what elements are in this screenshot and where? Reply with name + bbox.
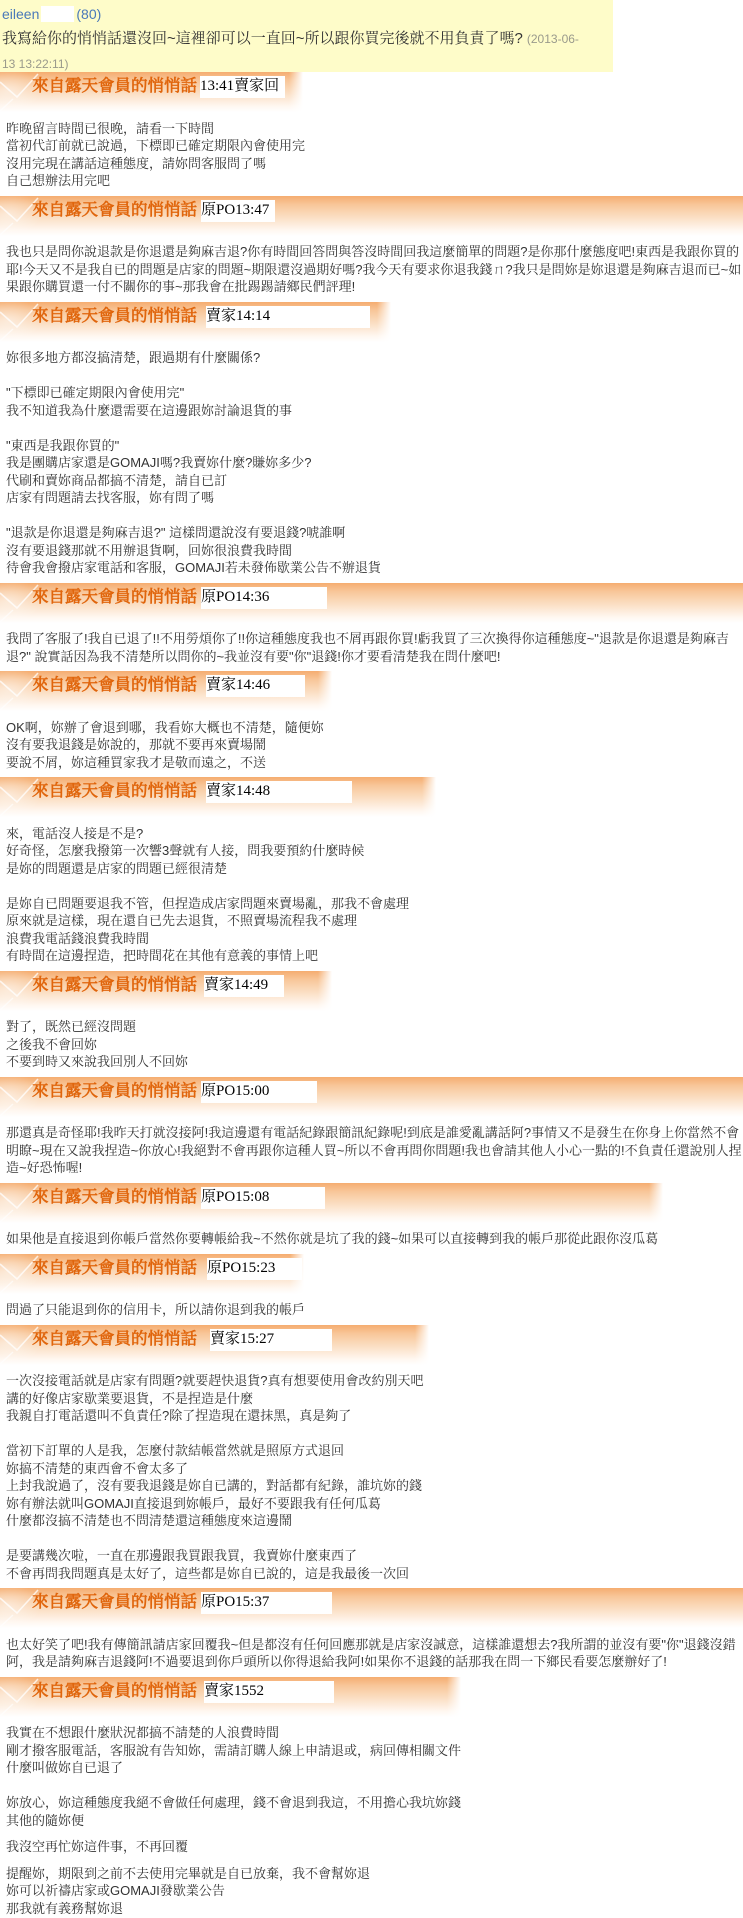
message-line: 來，電話沒人接是不是? <box>6 825 743 843</box>
whisper-banner: 來自露天會員的悄悄話 賣家14:14 <box>0 302 391 342</box>
paragraph-gap <box>6 1777 743 1795</box>
buyer-comment: eileen(80) 我寫給你的悄悄話還沒回~這裡卻可以一直回~所以跟你買完後就… <box>0 0 613 72</box>
message-line: 妳很多地方都沒搞清楚，跟過期有什麼關係? <box>6 349 743 367</box>
message-line: "下標即已確定期限內會使用完" <box>6 384 743 402</box>
banner-title: 來自露天會員的悄悄話 <box>32 975 197 995</box>
message-block: 來自露天會員的悄悄話 賣家15:27 一次沒接電話就是店家有問題?就要趕快退貨?… <box>0 1325 743 1583</box>
message-line: 耶!今天又不是我自已的問題是店家的問題~期限還沒過期好嗎?我今天有要求你退我錢ㄇ… <box>6 261 743 279</box>
message-line: 阿，我是請夠麻吉退錢阿!不過要退到你戶頭所以你得退給我阿!如果你不退錢的話那我在… <box>6 1653 743 1671</box>
message-line: 沒有要我退錢是妳說的，那就不要再來賣場鬧 <box>6 736 743 754</box>
message-block: 來自露天會員的悄悄話 13:41賣家回 昨晚留言時間已很晚，請看一下時間 當初代… <box>0 72 743 190</box>
reply-label: 原PO14:36 <box>201 587 327 609</box>
message-body: 妳很多地方都沒搞清楚，跟過期有什麼關係? "下標即已確定期限內會使用完" 我不知… <box>0 349 743 577</box>
whisper-banner: 來自露天會員的悄悄話 賣家14:49 <box>0 971 332 1011</box>
message-line: 那我就有義務幫妳退 <box>6 1900 743 1918</box>
banner-title: 來自露天會員的悄悄話 <box>32 306 197 326</box>
message-line: 我問了客服了!我自已退了!!不用勞煩你了!!你這種態度我也不屑再跟你買!虧我買了… <box>6 630 743 648</box>
message-body: 我實在不想跟什麼狀況都搞不請楚的人浪費時間 剛才撥客服電話，客服說有告知妳，需請… <box>0 1724 743 1917</box>
message-line: 待會我會撥店家電話和客服，GOMAJI若未發佈歇業公告不辦退貨 <box>6 559 743 577</box>
message-line: 我親自打電話還叫不負責任?除了捏造現在還抹黑，真是夠了 <box>6 1407 743 1425</box>
message-block: 來自露天會員的悄悄話 原PO15:08 如果他是直接退到你帳戶當然你要轉帳給我~… <box>0 1183 743 1248</box>
banner-title: 來自露天會員的悄悄話 <box>32 1592 197 1612</box>
message-line: OK啊，妳辦了會退到哪，我看妳大概也不清楚，隨便妳 <box>6 719 743 737</box>
message-line: 退?" 說實話因為我不清楚所以問你的~我並沒有要"你"退錢!你才要看清楚我在問什… <box>6 648 743 666</box>
message-line: 自己想辦法用完吧 <box>6 172 743 190</box>
message-line: 當初代訂前就已說過，下標即已確定期限內會使用完 <box>6 137 743 155</box>
banner-title: 來自露天會員的悄悄話 <box>32 1681 197 1701</box>
message-line: 之後我不會回妳 <box>6 1036 743 1054</box>
whisper-banner: 來自露天會員的悄悄話 13:41賣家回 <box>0 72 303 112</box>
message-line: 店家有問題請去找客服，妳有問了嗎 <box>6 489 743 507</box>
paragraph-gap <box>6 507 743 525</box>
username-link[interactable]: eileen <box>2 6 39 22</box>
message-line: 沒用完現在講話這種態度，請妳問客服問了嗎 <box>6 155 743 173</box>
reply-label: 賣家14:14 <box>206 306 370 328</box>
reply-label: 賣家14:48 <box>206 781 352 803</box>
paragraph-gap <box>6 1425 743 1443</box>
message-line: 妳可以祈禱店家或GOMAJI發歇業公告 <box>6 1882 743 1900</box>
message-body: 我問了客服了!我自已退了!!不用勞煩你了!!你這種態度我也不屑再跟你買!虧我買了… <box>0 630 743 665</box>
reply-label: 賣家15:27 <box>210 1329 332 1351</box>
banner-title: 來自露天會員的悄悄話 <box>32 200 197 220</box>
whisper-banner: 來自露天會員的悄悄話 原PO15:08 <box>0 1183 663 1223</box>
comment-text-row: 我寫給你的悄悄話還沒回~這裡卻可以一直回~所以跟你買完後就不用負責了嗎?(201… <box>0 26 613 51</box>
message-block: 來自露天會員的悄悄話 賣家1552 我實在不想跟什麼狀況都搞不請楚的人浪費時間 … <box>0 1677 743 1918</box>
message-block: 來自露天會員的悄悄話 賣家14:46 OK啊，妳辦了會退到哪，我看妳大概也不清楚… <box>0 671 743 771</box>
comment-author-row: eileen(80) <box>0 0 613 26</box>
message-block: 來自露天會員的悄悄話 原PO15:37 也太好笑了吧!我有傳簡訊請店家回覆我~但… <box>0 1588 743 1671</box>
message-line: 妳有辦法就叫GOMAJI直接退到妳帳戶，最好不要跟我有任何瓜葛 <box>6 1495 743 1513</box>
banner-title: 來自露天會員的悄悄話 <box>32 587 197 607</box>
whisper-banner: 來自露天會員的悄悄話 原PO13:47 <box>0 196 743 236</box>
message-body: 問過了只能退到你的信用卡，所以請你退到我的帳戶 <box>0 1301 743 1319</box>
banner-title: 來自露天會員的悄悄話 <box>32 76 197 96</box>
message-block: 來自露天會員的悄悄話 賣家14:49 對了，既然已經沒問題 之後我不會回妳 不要… <box>0 971 743 1071</box>
message-body: 我也只是問你說退款是你退還是夠麻吉退?你有時間回答問與答沒時間回我這麼簡單的問題… <box>0 243 743 296</box>
message-line: 造~好恐怖喔! <box>6 1159 743 1177</box>
message-body: 一次沒接電話就是店家有問題?就要趕快退貨?真有想要使用會改約別天吧 講的好像店家… <box>0 1372 743 1582</box>
paragraph-gap <box>6 1856 743 1865</box>
whisper-banner: 來自露天會員的悄悄話 原PO15:37 <box>0 1588 743 1628</box>
message-line: 我是團購店家還是GOMAJI嗎?我賣妳什麼?賺妳多少? <box>6 454 743 472</box>
comment-timestamp-continued: 13 13:22:11) <box>2 57 69 71</box>
message-line: 沒有要退錢那就不用辦退貨啊，回妳很浪費我時間 <box>6 542 743 560</box>
whisper-banner: 來自露天會員的悄悄話 賣家15:27 <box>0 1325 429 1365</box>
message-body: 對了，既然已經沒問題 之後我不會回妳 不要到時又來說我回別人不回妳 <box>0 1018 743 1071</box>
rating-link[interactable]: (80) <box>76 6 101 22</box>
redacted-box <box>41 6 74 22</box>
message-line: 是妳的問題還是店家的問題已經很清楚 <box>6 860 743 878</box>
message-line: 提醒妳，期限到之前不去使用完畢就是自已放棄，我不會幫妳退 <box>6 1865 743 1883</box>
message-block: 來自露天會員的悄悄話 原PO13:47 我也只是問你說退款是你退還是夠麻吉退?你… <box>0 196 743 296</box>
message-body: 昨晚留言時間已很晚，請看一下時間 當初代訂前就已說過，下標即已確定期限內會使用完… <box>0 120 743 190</box>
message-line: 其他的隨妳便 <box>6 1812 743 1830</box>
message-line: 剛才撥客服電話，客服說有告知妳，需請訂購人線上申請退或，病回傳相關文件 <box>6 1742 743 1760</box>
reply-label: 賣家14:46 <box>206 675 305 697</box>
message-line: 上封我說過了，沒有要我退錢是妳自已講的，對話都有紀錄，誰坑妳的錢 <box>6 1477 743 1495</box>
banner-title: 來自露天會員的悄悄話 <box>32 1329 197 1349</box>
reply-label: 13:41賣家回 <box>200 76 285 98</box>
message-body: 那還真是奇怪耶!我昨天打就沒接阿!我這邊還有電話紀錄跟簡訊紀錄呢!到底是誰愛亂講… <box>0 1124 743 1177</box>
message-body: 也太好笑了吧!我有傳簡訊請店家回覆我~但是都沒有任何回應那就是店家沒誠意，這樣誰… <box>0 1636 743 1671</box>
message-body: OK啊，妳辦了會退到哪，我看妳大概也不清楚，隨便妳 沒有要我退錢是妳說的，那就不… <box>0 719 743 772</box>
message-line: 我不知道我為什麼還需要在這邊跟妳討論退貨的事 <box>6 402 743 420</box>
message-block: 來自露天會員的悄悄話 原PO15:23 問過了只能退到你的信用卡，所以請你退到我… <box>0 1254 743 1319</box>
message-line: 我沒空再忙妳這件事，不再回覆 <box>6 1838 743 1856</box>
message-body: 如果他是直接退到你帳戶當然你要轉帳給我~不然你就是坑了我的錢~如果可以直接轉到我… <box>0 1230 743 1248</box>
message-line: 有時間在這邊捏造，把時間花在其他有意義的事情上吧 <box>6 947 743 965</box>
reply-label: 原PO15:37 <box>201 1592 332 1614</box>
paragraph-gap <box>6 1530 743 1548</box>
message-block: 來自露天會員的悄悄話 賣家14:48 來，電話沒人接是不是? 好奇怪，怎麼我撥第… <box>0 777 743 965</box>
message-line: 代刷和賣妳商品都搞不清楚，請自已訂 <box>6 472 743 490</box>
message-block: 來自露天會員的悄悄話 原PO15:00 那還真是奇怪耶!我昨天打就沒接阿!我這邊… <box>0 1077 743 1177</box>
whisper-conversation-page: eileen(80) 我寫給你的悄悄話還沒回~這裡卻可以一直回~所以跟你買完後就… <box>0 0 743 1918</box>
message-line: 不會再問我問題真是太好了，這些都是妳自已說的，這是我最後一次回 <box>6 1565 743 1583</box>
message-line: 什麼叫做妳自已退了 <box>6 1759 743 1777</box>
message-line: 我也只是問你說退款是你退還是夠麻吉退?你有時間回答問與答沒時間回我這麼簡單的問題… <box>6 243 743 261</box>
comment-timestamp: (2013-06- <box>527 32 579 46</box>
message-line: 昨晚留言時間已很晚，請看一下時間 <box>6 120 743 138</box>
message-line: 一次沒接電話就是店家有問題?就要趕快退貨?真有想要使用會改約別天吧 <box>6 1372 743 1390</box>
whisper-banner: 來自露天會員的悄悄話 原PO14:36 <box>0 583 743 623</box>
reply-label: 原PO15:23 <box>207 1258 302 1280</box>
whisper-banner: 來自露天會員的悄悄話 賣家1552 <box>0 1677 461 1717</box>
message-line: 我實在不想跟什麼狀況都搞不請楚的人浪費時間 <box>6 1724 743 1742</box>
message-block: 來自露天會員的悄悄話 原PO14:36 我問了客服了!我自已退了!!不用勞煩你了… <box>0 583 743 666</box>
whisper-banner: 來自露天會員的悄悄話 賣家14:48 <box>0 777 436 817</box>
reply-label: 賣家1552 <box>204 1681 334 1703</box>
message-line: 要說不屑，妳這種買家我才是敬而遠之，不送 <box>6 754 743 772</box>
banner-title: 來自露天會員的悄悄話 <box>32 1187 197 1207</box>
message-line: 妳放心，妳這種態度我絕不會做任何處理，錢不會退到我這，不用擔心我坑妳錢 <box>6 1794 743 1812</box>
whisper-banner: 來自露天會員的悄悄話 原PO15:23 <box>0 1254 304 1294</box>
banner-title: 來自露天會員的悄悄話 <box>32 781 197 801</box>
message-body: 來，電話沒人接是不是? 好奇怪，怎麼我撥第一次響3聲就有人接，問我要預約什麼時候… <box>0 825 743 965</box>
paragraph-gap <box>6 367 743 385</box>
message-line: 當初下訂單的人是我，怎麼付款結帳當然就是照原方式退回 <box>6 1442 743 1460</box>
reply-label: 原PO15:08 <box>201 1187 325 1209</box>
message-line: 是要講幾次啦，一直在那邊跟我買跟我買，我賣妳什麼東西了 <box>6 1547 743 1565</box>
paragraph-gap <box>6 1829 743 1838</box>
banner-title: 來自露天會員的悄悄話 <box>32 1081 197 1101</box>
message-line: 明瞭~現在又說我捏造~你放心!我絕對不會再跟你這種人買~所以不會再問你問題!我也… <box>6 1142 743 1160</box>
com­ment-timestamp-row: 13 13:22:11) <box>0 51 613 72</box>
message-line: 不要到時又來說我回別人不回妳 <box>6 1053 743 1071</box>
reply-label: 賣家14:49 <box>204 975 284 997</box>
message-line: "東西是我跟你買的" <box>6 437 743 455</box>
message-line: 對了，既然已經沒問題 <box>6 1018 743 1036</box>
paragraph-gap <box>6 877 743 895</box>
whisper-banner: 來自露天會員的悄悄話 賣家14:46 <box>0 671 332 711</box>
message-line: 如果他是直接退到你帳戶當然你要轉帳給我~不然你就是坑了我的錢~如果可以直接轉到我… <box>6 1230 743 1248</box>
message-line: 果跟你購買還一付不關你的事~那我會在批踢踢請鄉民們評理! <box>6 278 743 296</box>
message-line: 是妳自已問題要退我不管，但捏造成店家問題來賣場亂，那我不會處理 <box>6 895 743 913</box>
banner-title: 來自露天會員的悄悄話 <box>32 675 197 695</box>
reply-label: 原PO15:00 <box>201 1081 317 1103</box>
message-line: 那還真是奇怪耶!我昨天打就沒接阿!我這邊還有電話紀錄跟簡訊紀錄呢!到底是誰愛亂講… <box>6 1124 743 1142</box>
message-line: 妳搞不清楚的東西會不會太多了 <box>6 1460 743 1478</box>
comment-text: 我寫給你的悄悄話還沒回~這裡卻可以一直回~所以跟你買完後就不用負責了嗎? <box>2 30 523 47</box>
message-line: 浪費我電話錢浪費我時間 <box>6 930 743 948</box>
message-line: 也太好笑了吧!我有傳簡訊請店家回覆我~但是都沒有任何回應那就是店家沒誠意，這樣誰… <box>6 1636 743 1654</box>
banner-title: 來自露天會員的悄悄話 <box>32 1258 197 1278</box>
message-line: 講的好像店家歇業要退貨，不是捏造是什麼 <box>6 1390 743 1408</box>
message-line: 問過了只能退到你的信用卡，所以請你退到我的帳戶 <box>6 1301 743 1319</box>
whisper-banner: 來自露天會員的悄悄話 原PO15:00 <box>0 1077 743 1117</box>
message-line: 原來就是這樣，現在還自已先去退貨，不照賣場流程我不處理 <box>6 912 743 930</box>
message-line: 什麼都沒搞不清楚也不問清楚還這種態度來這邊鬧 <box>6 1512 743 1530</box>
reply-label: 原PO13:47 <box>201 200 275 222</box>
message-line: 好奇怪，怎麼我撥第一次響3聲就有人接，問我要預約什麼時候 <box>6 842 743 860</box>
message-block: 來自露天會員的悄悄話 賣家14:14 妳很多地方都沒搞清楚，跟過期有什麼關係? … <box>0 302 743 577</box>
message-line: "退款是你退還是夠麻吉退?" 這樣問還說沒有要退錢?唬誰啊 <box>6 524 743 542</box>
paragraph-gap <box>6 419 743 437</box>
